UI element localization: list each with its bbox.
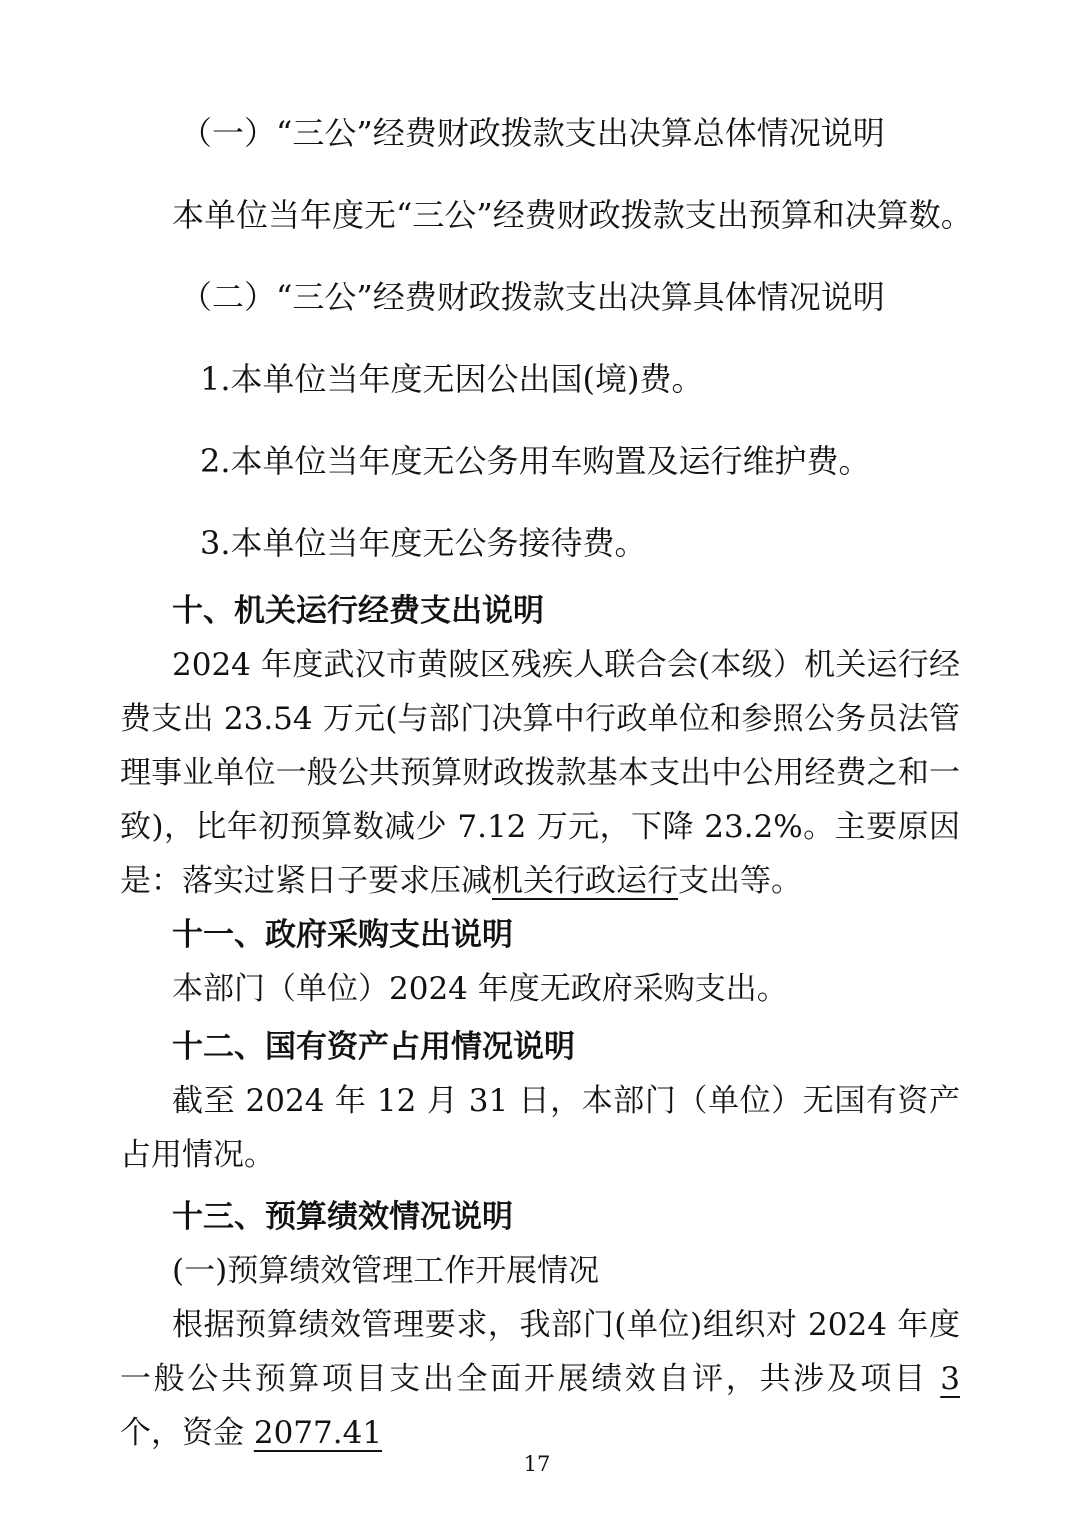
underlined-text: 3 [940, 1361, 960, 1397]
list-item-abroad-fee: 1.本单位当年度无因公出国(境)费。 [120, 338, 960, 420]
list-item-vehicle-fee: 2.本单位当年度无公务用车购置及运行维护费。 [120, 420, 960, 502]
heading-section-10: 十、机关运行经费支出说明 [120, 584, 960, 638]
para-sangong-overall: 本单位当年度无“三公”经费财政拨款支出预算和决算数。 [120, 174, 960, 256]
list-item-reception-fee: 3.本单位当年度无公务接待费。 [120, 502, 960, 584]
para-section-13: 根据预算绩效管理要求，我部门(单位)组织对 2024 年度一般公共预算项目支出全… [120, 1298, 960, 1460]
document-page: （一）“三公”经费财政拨款支出决算总体情况说明 本单位当年度无“三公”经费财政拨… [0, 0, 1074, 1520]
heading-sangong-overall: （一）“三公”经费财政拨款支出决算总体情况说明 [120, 92, 960, 174]
text-segment: 个，资金 [120, 1415, 254, 1451]
heading-section-13: 十三、预算绩效情况说明 [120, 1190, 960, 1244]
text-segment: 根据预算绩效管理要求，我部门(单位)组织对 2024 年度一般公共预算项目支出全… [120, 1307, 960, 1397]
heading-section-11: 十一、政府采购支出说明 [120, 908, 960, 962]
heading-sangong-detail: （二）“三公”经费财政拨款支出决算具体情况说明 [120, 256, 960, 338]
para-section-12: 截至 2024 年 12 月 31 日，本部门（单位）无国有资产占用情况。 [120, 1074, 960, 1182]
underlined-text: 2077.41 [254, 1415, 382, 1451]
page-number: 17 [0, 1452, 1074, 1476]
underlined-text: 机关行政运行 [492, 863, 678, 899]
para-section-10: 2024 年度武汉市黄陂区残疾人联合会(本级）机关运行经费支出 23.54 万元… [120, 638, 960, 908]
subheading-section-13-1: (一)预算绩效管理工作开展情况 [120, 1244, 960, 1298]
text-segment: 2024 年度武汉市黄陂区残疾人联合会(本级）机关运行经费支出 23.54 万元… [120, 647, 960, 899]
heading-section-12: 十二、国有资产占用情况说明 [120, 1020, 960, 1074]
para-section-11: 本部门（单位）2024 年度无政府采购支出。 [120, 962, 960, 1016]
text-segment: 支出等。 [678, 863, 802, 899]
